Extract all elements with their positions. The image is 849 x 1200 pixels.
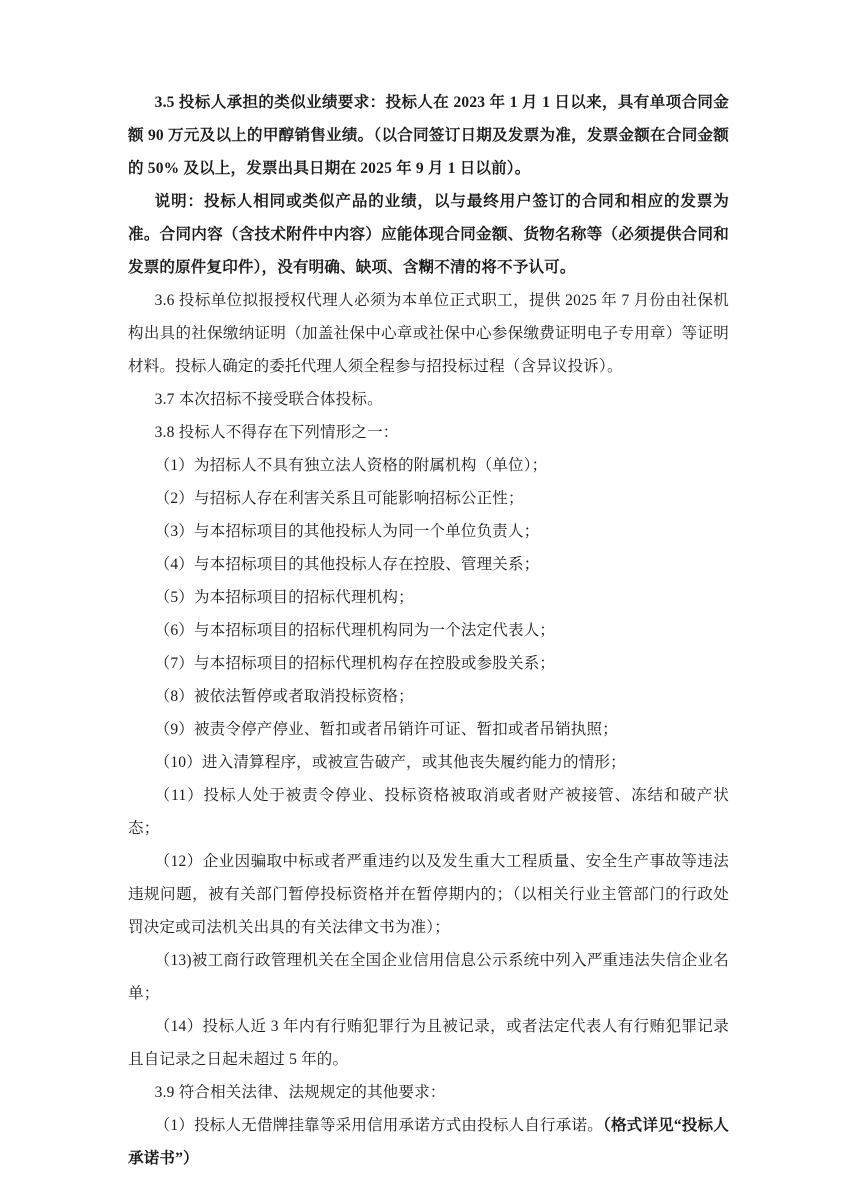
clause-3-8-item-8: （8）被依法暂停或者取消投标资格； (128, 680, 729, 713)
clause-3-8: 3.8 投标人不得存在下列情形之一： (128, 416, 729, 449)
clause-3-8-item-11: （11）投标人处于被责令停业、投标资格被取消或者财产被接管、冻结和破产状态； (128, 779, 729, 845)
document-content: 3.5 投标人承担的类似业绩要求：投标人在 2023 年 1 月 1 日以来，具… (128, 86, 729, 1175)
clause-3-8-item-5: （5）为本招标项目的招标代理机构； (128, 581, 729, 614)
clause-3-8-item-2: （2）与招标人存在利害关系且可能影响招标公正性； (128, 482, 729, 515)
clause-3-8-item-6: （6）与本招标项目的招标代理机构同为一个法定代表人； (128, 614, 729, 647)
clause-3-9: 3.9 符合相关法律、法规规定的其他要求： (128, 1076, 729, 1109)
clause-3-8-item-7: （7）与本招标项目的招标代理机构存在控股或参股关系； (128, 647, 729, 680)
clause-3-8-item-14: （14）投标人近 3 年内有行贿犯罪行为且被记录，或者法定代表人有行贿犯罪记录且… (128, 1010, 729, 1076)
clause-3-8-item-3: （3）与本招标项目的其他投标人为同一个单位负责人； (128, 515, 729, 548)
clause-3-8-item-9: （9）被责令停产停业、暂扣或者吊销许可证、暂扣或者吊销执照； (128, 713, 729, 746)
clause-3-9-item-1-text: （1）投标人无借牌挂靠等采用信用承诺方式由投标人自行承诺。 (155, 1117, 603, 1134)
clause-3-6: 3.6 投标单位拟报授权代理人必须为本单位正式职工，提供 2025 年 7 月份… (128, 284, 729, 383)
document-page: 3.5 投标人承担的类似业绩要求：投标人在 2023 年 1 月 1 日以来，具… (0, 0, 849, 1200)
clause-3-8-item-4: （4）与本招标项目的其他投标人存在控股、管理关系； (128, 548, 729, 581)
clause-3-7: 3.7 本次招标不接受联合体投标。 (128, 383, 729, 416)
clause-3-5: 3.5 投标人承担的类似业绩要求：投标人在 2023 年 1 月 1 日以来，具… (128, 86, 729, 185)
clause-3-5-note: 说明：投标人相同或类似产品的业绩，以与最终用户签订的合同和相应的发票为准。合同内… (128, 185, 729, 284)
clause-3-8-item-12: （12）企业因骗取中标或者严重违约以及发生重大工程质量、安全生产事故等违法违规问… (128, 845, 729, 944)
clause-3-8-item-1: （1）为招标人不具有独立法人资格的附属机构（单位）； (128, 449, 729, 482)
clause-3-9-item-1: （1）投标人无借牌挂靠等采用信用承诺方式由投标人自行承诺。（格式详见“投标人承诺… (128, 1109, 729, 1175)
clause-3-8-item-13: （13)被工商行政管理机关在全国企业信用信息公示系统中列入严重违法失信企业名单； (128, 944, 729, 1010)
clause-3-8-item-10: （10）进入清算程序，或被宣告破产，或其他丧失履约能力的情形； (128, 746, 729, 779)
